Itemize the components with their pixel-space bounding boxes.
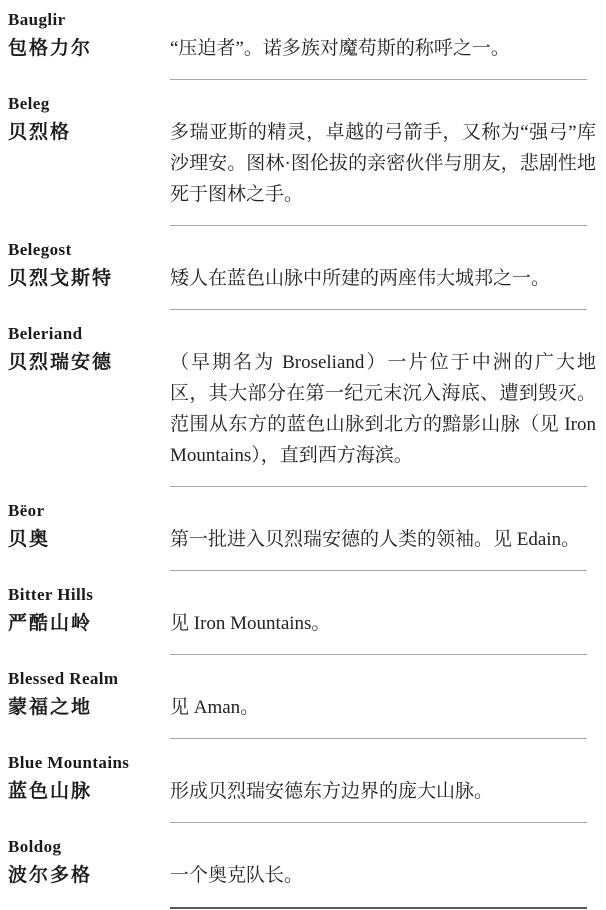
glossary-entry: Bëor 贝奥 第一批进入贝烈瑞安德的人类的领袖。见 Edain。 — [8, 500, 597, 555]
entry-term-english: Beleg — [8, 93, 597, 114]
entry-term-english: Blessed Realm — [8, 668, 597, 689]
entry-body: 贝奥 第一批进入贝烈瑞安德的人类的领袖。见 Edain。 — [8, 524, 597, 555]
entry-definition: 见 Aman。 — [170, 692, 596, 723]
entry-divider-rule — [170, 822, 587, 823]
glossary-entry: Blessed Realm 蒙福之地 见 Aman。 — [8, 668, 597, 723]
entry-body: 包格力尔 “压迫者”。诺多族对魔苟斯的称呼之一。 — [8, 33, 597, 64]
entry-term-english: Beleriand — [8, 323, 597, 344]
glossary-entry: Belegost 贝烈戈斯特 矮人在蓝色山脉中所建的两座伟大城邦之一。 — [8, 239, 597, 294]
entry-term-english: Bitter Hills — [8, 584, 597, 605]
entry-definition: 多瑞亚斯的精灵，卓越的弓箭手，又称为“强弓”库沙理安。图林·图伦拔的亲密伙伴与朋… — [170, 117, 596, 210]
entry-term-chinese: 贝烈格 — [8, 117, 170, 148]
glossary-entry: Bauglir 包格力尔 “压迫者”。诺多族对魔苟斯的称呼之一。 — [8, 9, 597, 64]
glossary-entry: Boldog 波尔多格 一个奥克队长。 — [8, 836, 597, 891]
entry-divider-rule — [170, 570, 587, 571]
entry-term-english: Blue Mountains — [8, 752, 597, 773]
entry-body: 蒙福之地 见 Aman。 — [8, 692, 597, 723]
page-bottom-rule — [170, 907, 587, 909]
entry-term-chinese: 蓝色山脉 — [8, 776, 170, 807]
glossary-entry: Blue Mountains 蓝色山脉 形成贝烈瑞安德东方边界的庞大山脉。 — [8, 752, 597, 807]
entry-definition: （早期名为 Broseliand）一片位于中洲的广大地区，其大部分在第一纪元末沉… — [170, 347, 596, 471]
entry-term-chinese: 包格力尔 — [8, 33, 170, 64]
glossary-entry: Beleriand 贝烈瑞安德 （早期名为 Broseliand）一片位于中洲的… — [8, 323, 597, 471]
glossary-page: Bauglir 包格力尔 “压迫者”。诺多族对魔苟斯的称呼之一。 Beleg 贝… — [0, 0, 606, 910]
entry-body: 贝烈格 多瑞亚斯的精灵，卓越的弓箭手，又称为“强弓”库沙理安。图林·图伦拔的亲密… — [8, 117, 597, 210]
glossary-entry: Beleg 贝烈格 多瑞亚斯的精灵，卓越的弓箭手，又称为“强弓”库沙理安。图林·… — [8, 93, 597, 210]
entry-term-chinese: 波尔多格 — [8, 860, 170, 891]
entry-divider-rule — [170, 225, 587, 226]
entry-body: 蓝色山脉 形成贝烈瑞安德东方边界的庞大山脉。 — [8, 776, 597, 807]
entry-definition: 第一批进入贝烈瑞安德的人类的领袖。见 Edain。 — [170, 524, 596, 555]
entry-body: 严酷山岭 见 Iron Mountains。 — [8, 608, 597, 639]
entry-divider-rule — [170, 738, 587, 739]
entry-body: 波尔多格 一个奥克队长。 — [8, 860, 597, 891]
glossary-entries: Bauglir 包格力尔 “压迫者”。诺多族对魔苟斯的称呼之一。 Beleg 贝… — [8, 9, 597, 909]
entry-term-chinese: 蒙福之地 — [8, 692, 170, 723]
entry-definition: 矮人在蓝色山脉中所建的两座伟大城邦之一。 — [170, 263, 596, 294]
entry-term-english: Bauglir — [8, 9, 597, 30]
entry-term-english: Boldog — [8, 836, 597, 857]
entry-divider-rule — [170, 654, 587, 655]
entry-definition: 见 Iron Mountains。 — [170, 608, 596, 639]
entry-divider-rule — [170, 79, 587, 80]
entry-divider-rule — [170, 309, 587, 310]
entry-definition: 一个奥克队长。 — [170, 860, 596, 891]
entry-term-english: Belegost — [8, 239, 597, 260]
entry-definition: “压迫者”。诺多族对魔苟斯的称呼之一。 — [170, 33, 596, 64]
entry-definition: 形成贝烈瑞安德东方边界的庞大山脉。 — [170, 776, 596, 807]
entry-term-chinese: 贝烈瑞安德 — [8, 347, 170, 378]
entry-divider-rule — [170, 486, 587, 487]
entry-term-chinese: 严酷山岭 — [8, 608, 170, 639]
entry-term-chinese: 贝烈戈斯特 — [8, 263, 170, 294]
entry-body: 贝烈戈斯特 矮人在蓝色山脉中所建的两座伟大城邦之一。 — [8, 263, 597, 294]
glossary-entry: Bitter Hills 严酷山岭 见 Iron Mountains。 — [8, 584, 597, 639]
entry-term-english: Bëor — [8, 500, 597, 521]
entry-term-chinese: 贝奥 — [8, 524, 170, 555]
entry-body: 贝烈瑞安德 （早期名为 Broseliand）一片位于中洲的广大地区，其大部分在… — [8, 347, 597, 471]
